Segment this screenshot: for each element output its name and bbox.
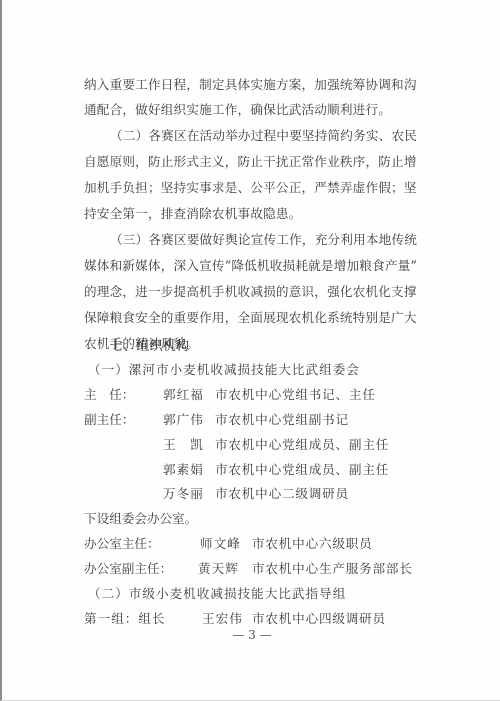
member-name: 万冬丽 xyxy=(163,486,204,502)
paragraph-line: 保障粮食安全的重要作用，全面展现农机化系统特别是广大 xyxy=(84,310,417,326)
member-name: 郭红福 xyxy=(163,387,204,403)
paragraph-line: （二）各赛区在活动举办过程中要坚持简约务实、农民 xyxy=(110,128,417,144)
member-role: 市农机中心党组书记、主任 xyxy=(215,387,376,403)
paragraph-line: 通配合，做好组织实施工作，确保比武活动顺利进行。 xyxy=(84,102,391,118)
page-number: — 3 — xyxy=(2,628,500,642)
committee-title: （一）漯河市小麦机收减损技能大比武组委会 xyxy=(88,362,360,378)
office-role: 市农机中心六级职员 xyxy=(252,536,373,552)
guide-group-title: （二）市级小麦机收减损技能大比武指导组 xyxy=(88,586,346,602)
member-name: 郭素娟 xyxy=(163,462,204,478)
paragraph-line: 加机手负担；坚持实事求是、公平公正，严禁弄虚作假；坚 xyxy=(84,180,417,196)
office-role: 市农机中心生产服务部部长 xyxy=(252,561,413,577)
paragraph-line: 的理念，进一步提高机手机收减损的意识，强化农机化支撑 xyxy=(84,284,417,300)
office-name: 师文峰 xyxy=(200,536,241,552)
member-role: 市农机中心二级调研员 xyxy=(215,486,349,502)
office-note: 下设组委会办公室。 xyxy=(84,511,197,527)
member-name: 王 凯 xyxy=(163,437,204,453)
group-label: 第一组：组长 xyxy=(84,611,166,627)
paragraph-line: 纳入重要工作日程，制定具体实施方案，加强统筹协调和沟 xyxy=(84,77,417,93)
member-label: 副主任： xyxy=(84,412,134,428)
group-leader-name: 王宏伟 xyxy=(202,611,243,627)
section-heading: 七、组织机构 xyxy=(110,339,189,355)
member-label: 主 任： xyxy=(84,387,134,403)
member-role: 市农机中心党组成员、副主任 xyxy=(215,437,389,453)
group-leader-role: 市农机中心四级调研员 xyxy=(252,611,386,627)
member-role: 市农机中心党组副书记 xyxy=(215,412,349,428)
office-label: 办公室主任： xyxy=(84,536,160,552)
paragraph-line: （三）各赛区要做好舆论宣传工作，充分利用本地传统 xyxy=(110,232,417,248)
paragraph-line: 持安全第一，排查消除农机事故隐患。 xyxy=(84,206,302,222)
office-label: 办公室副主任： xyxy=(84,561,172,577)
document-page: 纳入重要工作日程，制定具体实施方案，加强统筹协调和沟 通配合，做好组织实施工作，… xyxy=(0,0,500,701)
member-role: 市农机中心党组成员、副主任 xyxy=(215,462,389,478)
member-name: 郭广伟 xyxy=(163,412,204,428)
paragraph-line: 媒体和新媒体，深入宣传“降低机收损耗就是增加粮食产量” xyxy=(84,258,417,274)
office-name: 黄天辉 xyxy=(198,561,239,577)
paragraph-line: 自愿原则，防止形式主义，防止干扰正常作业秩序，防止增 xyxy=(84,154,417,170)
